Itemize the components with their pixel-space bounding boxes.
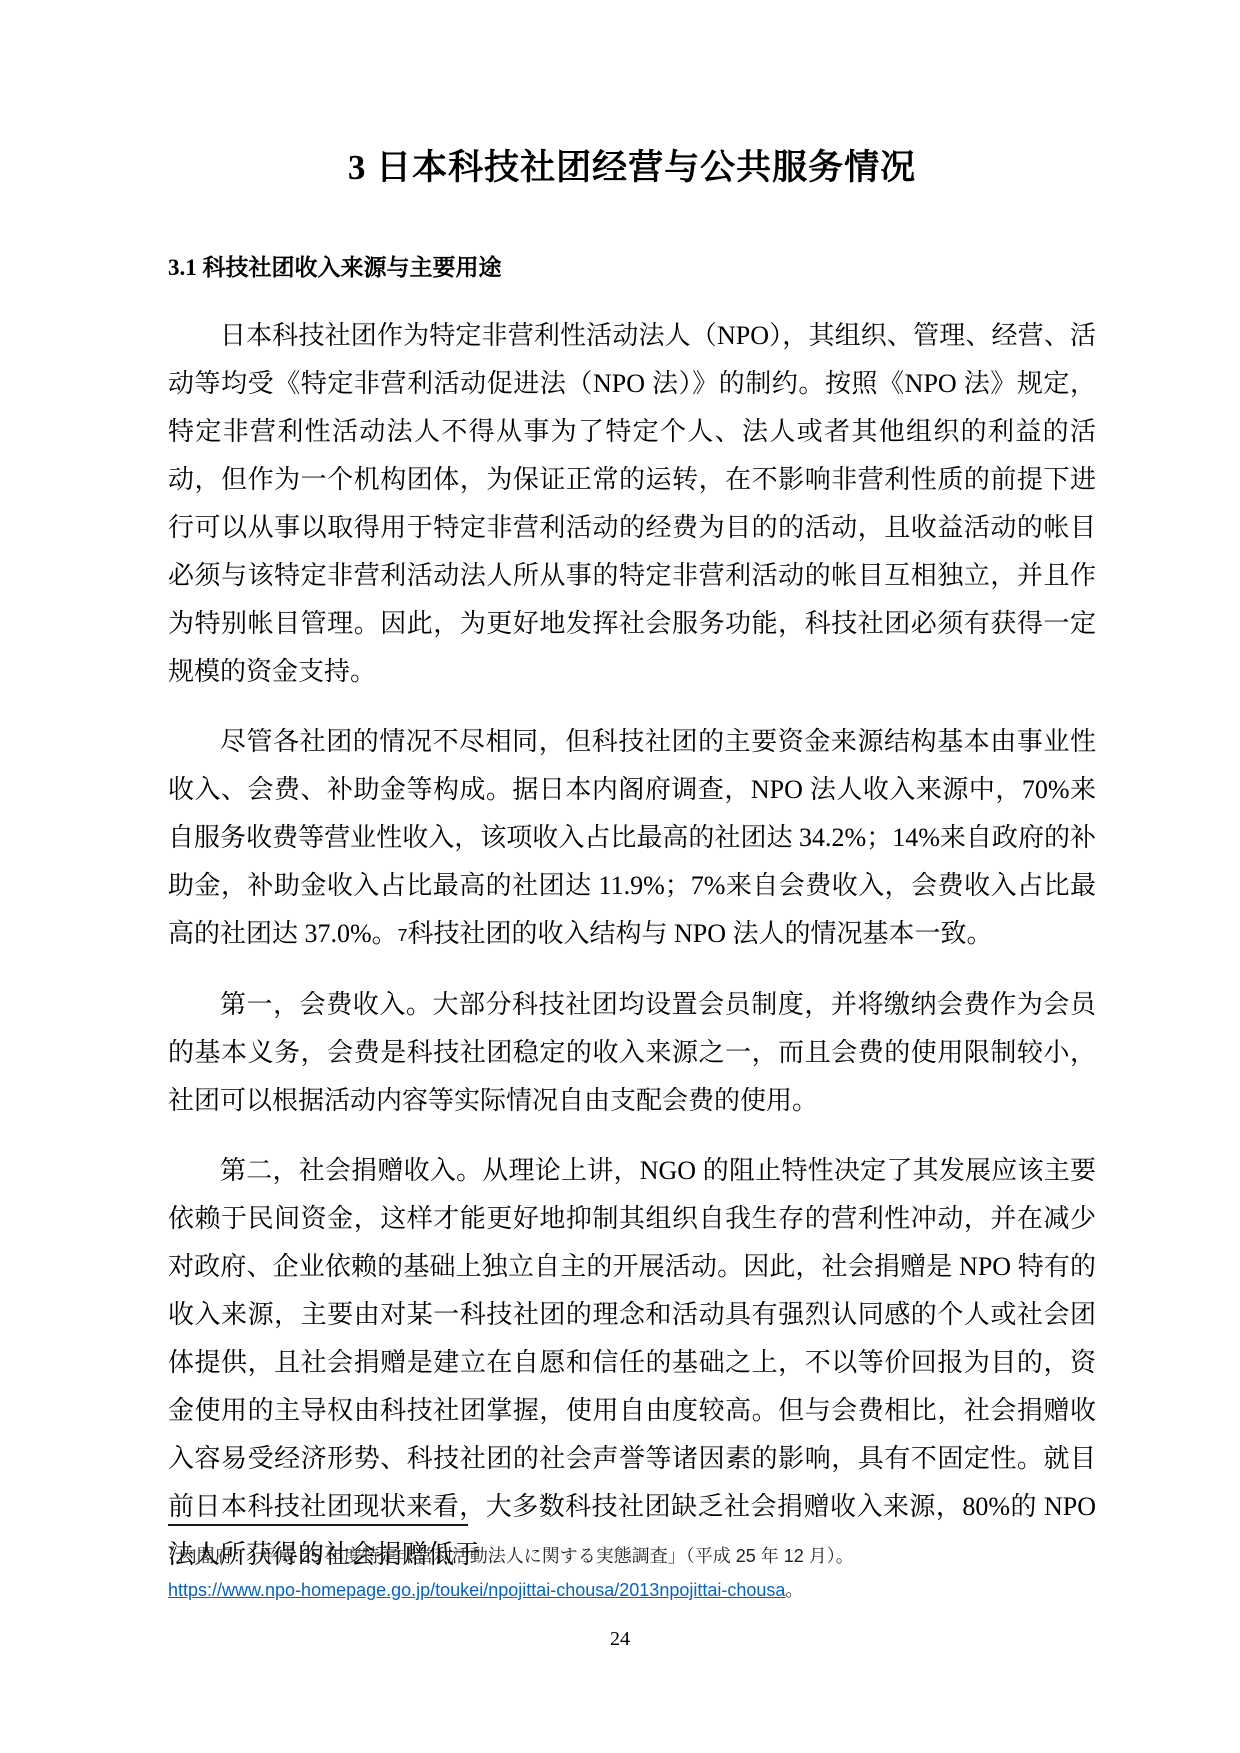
document-page: 3 日本科技社团经营与公共服务情况 3.1 科技社团收入来源与主要用途 日本科技… [0, 0, 1240, 1753]
paragraph-4: 第二，社会捐赠收入。从理论上讲，NGO 的阻止特性决定了其发展应该主要依赖于民间… [168, 1147, 1096, 1579]
footnote-block: 7内閣府：「平成 25 年度特定非営利活動法人に関する実態調査」（平成 25 年… [168, 1524, 1096, 1607]
section-heading: 3.1 科技社团收入来源与主要用途 [168, 252, 1096, 284]
footnote-link[interactable]: https://www.npo-homepage.go.jp/toukei/np… [168, 1580, 785, 1600]
footnote: 7内閣府：「平成 25 年度特定非営利活動法人に関する実態調査」（平成 25 年… [168, 1534, 1096, 1573]
paragraph-2: 尽管各社团的情况不尽相同，但科技社团的主要资金来源结构基本由事业性收入、会费、补… [168, 718, 1096, 959]
paragraph-3: 第一，会费收入。大部分科技社团均设置会员制度，并将缴纳会费作为会员的基本义务，会… [168, 981, 1096, 1125]
footnote-link-suffix: 。 [785, 1580, 803, 1600]
paragraph-2-text-pre: 尽管各社团的情况不尽相同，但科技社团的主要资金来源结构基本由事业性收入、会费、补… [168, 727, 1096, 948]
paragraph-2-text-post: 科技社团的收入结构与 NPO 法人的情况基本一致。 [408, 919, 993, 948]
document-title: 3 日本科技社团经营与公共服务情况 [168, 146, 1096, 190]
footnote-link-line: https://www.npo-homepage.go.jp/toukei/np… [168, 1573, 1096, 1607]
paragraph-1: 日本科技社团作为特定非营利性活动法人（NPO），其组织、管理、经营、活动等均受《… [168, 312, 1096, 696]
footnote-separator [168, 1524, 468, 1526]
footnote-text: 内閣府：「平成 25 年度特定非営利活動法人に関する実態調査」（平成 25 年 … [179, 1546, 854, 1566]
document-content: 3 日本科技社团经营与公共服务情况 3.1 科技社团收入来源与主要用途 日本科技… [168, 0, 1096, 1579]
page-number: 24 [0, 1624, 1240, 1654]
footnote-marker: 7 [168, 1544, 175, 1558]
footnote-reference: 7 [398, 925, 408, 945]
